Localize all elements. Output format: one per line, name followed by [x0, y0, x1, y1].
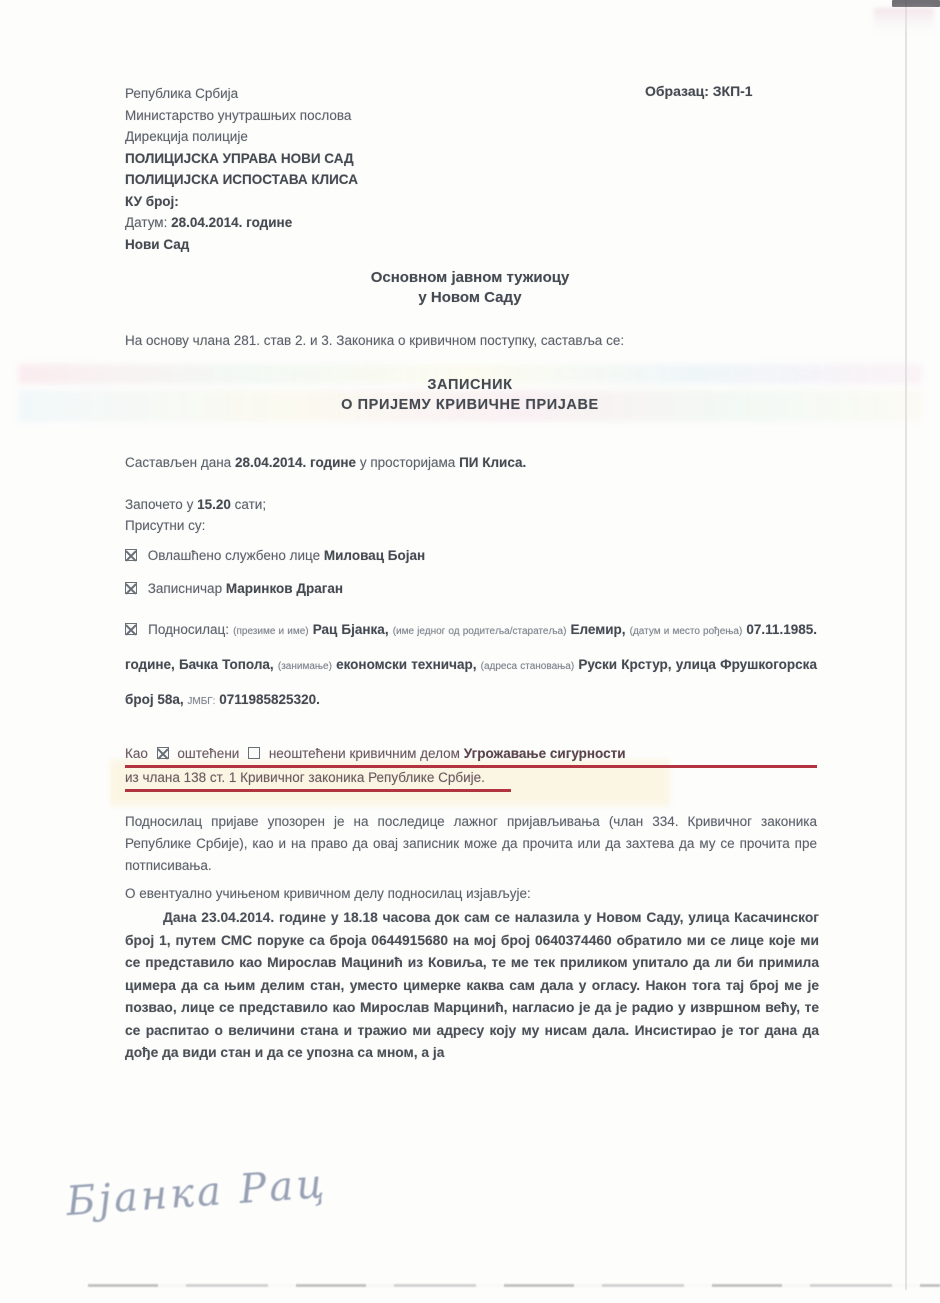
- submitter-name: Рац Бјанка,: [313, 622, 389, 637]
- recorder-row: Записничар Маринков Драган: [125, 581, 343, 596]
- recorder-label: Записничар: [148, 581, 222, 596]
- checkbox-checked-icon: [125, 623, 137, 635]
- addressee: Основном јавном тужиоцу у Новом Саду: [125, 268, 815, 308]
- started-line: Започето у 15.20 сати;: [125, 497, 266, 512]
- qual-injured-label: оштећени: [177, 746, 239, 761]
- submitter-paragraph: Подносилац: (презиме и име) Рац Бјанка, …: [125, 613, 817, 718]
- statement-intro: О евентуално учињеном кривичном делу под…: [125, 886, 817, 901]
- field-label-birth: (датум и место рођења): [630, 626, 743, 637]
- field-label-parent-name: (име једног од родитеља/старатеља): [393, 626, 567, 637]
- checkbox-checked-icon: [125, 582, 137, 594]
- header-line: ПОЛИЦИЈСКА ИСПОСТАВА КЛИСА: [125, 169, 358, 191]
- qual-as-label: Као: [125, 746, 148, 761]
- checkbox-checked-icon: [125, 549, 137, 561]
- title-line2: О ПРИЈЕМУ КРИВИЧНЕ ПРИЈАВЕ: [125, 396, 815, 416]
- scan-corner-smudge: [892, 0, 940, 7]
- addressee-line1: Основном јавном тужиоцу: [125, 268, 815, 288]
- qualification-block: Као оштећени неоштећени кривичним делом …: [125, 746, 817, 792]
- field-label-jmbg: ЈМБГ:: [187, 696, 215, 707]
- header-line: Министарство унутрашњих послова: [125, 105, 358, 127]
- statement-paragraph: Дана 23.04.2014. године у 18.18 часова д…: [125, 907, 819, 1065]
- officer-name: Миловац Бојан: [324, 548, 425, 563]
- checkbox-checked-icon: [157, 747, 169, 759]
- qualification-line2: из члана 138 ст. 1 Кривичног законика Ре…: [125, 770, 511, 792]
- recorder-name: Маринков Драган: [226, 581, 343, 596]
- submitter-occupation: економски техничар,: [336, 657, 476, 672]
- composed-station: ПИ Клиса.: [459, 455, 526, 470]
- form-code-label: Образац: ЗКП-1: [645, 83, 753, 99]
- scan-corner-smudge: [874, 8, 934, 34]
- submitter-jmbg: 0711985825320.: [219, 692, 320, 707]
- submitter-parent: Елемир,: [571, 622, 626, 637]
- header-line: Република Србија: [125, 83, 358, 105]
- composed-date: 28.04.2014. године: [235, 455, 356, 470]
- officer-label: Овлашћено службено лице: [148, 548, 320, 563]
- document-title: ЗАПИСНИК О ПРИЈЕМУ КРИВИЧНЕ ПРИЈАВЕ: [125, 376, 815, 415]
- addressee-line2: у Новом Саду: [125, 288, 815, 308]
- checkbox-unchecked-icon: [248, 747, 260, 759]
- title-line1: ЗАПИСНИК: [125, 376, 815, 396]
- agency-header: Република Србија Министарство унутрашњих…: [125, 83, 358, 255]
- composed-label2: у просторијама: [360, 455, 455, 470]
- warning-paragraph: Подносилац пријаве упозорен је на послед…: [125, 811, 817, 877]
- header-line: ПОЛИЦИЈСКА УПРАВА НОВИ САД: [125, 148, 358, 170]
- header-city: Нови Сад: [125, 234, 358, 256]
- qual-not-injured-label: неоштећени кривичним делом: [269, 746, 460, 761]
- header-line: КУ број:: [125, 191, 358, 213]
- header-date-line: Датум: 28.04.2014. године: [125, 212, 358, 234]
- started-label: Започето у: [125, 497, 193, 512]
- officer-row: Овлашћено службено лице Миловац Бојан: [125, 548, 425, 563]
- started-time: 15.20: [197, 497, 231, 512]
- scan-edge-line: [905, 0, 907, 1290]
- scanned-document-page: Образац: ЗКП-1 Република Србија Министар…: [0, 0, 940, 1303]
- field-label-surname-name: (презиме и име): [233, 626, 308, 637]
- field-label-address: (адреса становања): [481, 661, 575, 672]
- date-value: 28.04.2014. године: [171, 215, 292, 230]
- qualification-line1: Као оштећени неоштећени кривичним делом …: [125, 746, 817, 768]
- legal-basis-line: На основу члана 281. став 2. и 3. Закони…: [125, 333, 825, 348]
- header-line: Дирекција полиције: [125, 126, 358, 148]
- started-suffix: сати;: [235, 497, 266, 512]
- composed-line: Састављен дана 28.04.2014. године у прос…: [125, 455, 526, 470]
- composed-label: Састављен дана: [125, 455, 231, 470]
- submitter-label: Подносилац:: [148, 622, 229, 637]
- present-label: Присутни су:: [125, 518, 205, 533]
- field-label-occupation: (занимање): [278, 661, 332, 672]
- scan-bottom-line: [88, 1284, 940, 1287]
- date-label: Датум:: [125, 215, 167, 230]
- qual-offense-name: Угрожавање сигурности: [464, 746, 626, 761]
- handwritten-signature: Бјанка Рац: [65, 1157, 387, 1225]
